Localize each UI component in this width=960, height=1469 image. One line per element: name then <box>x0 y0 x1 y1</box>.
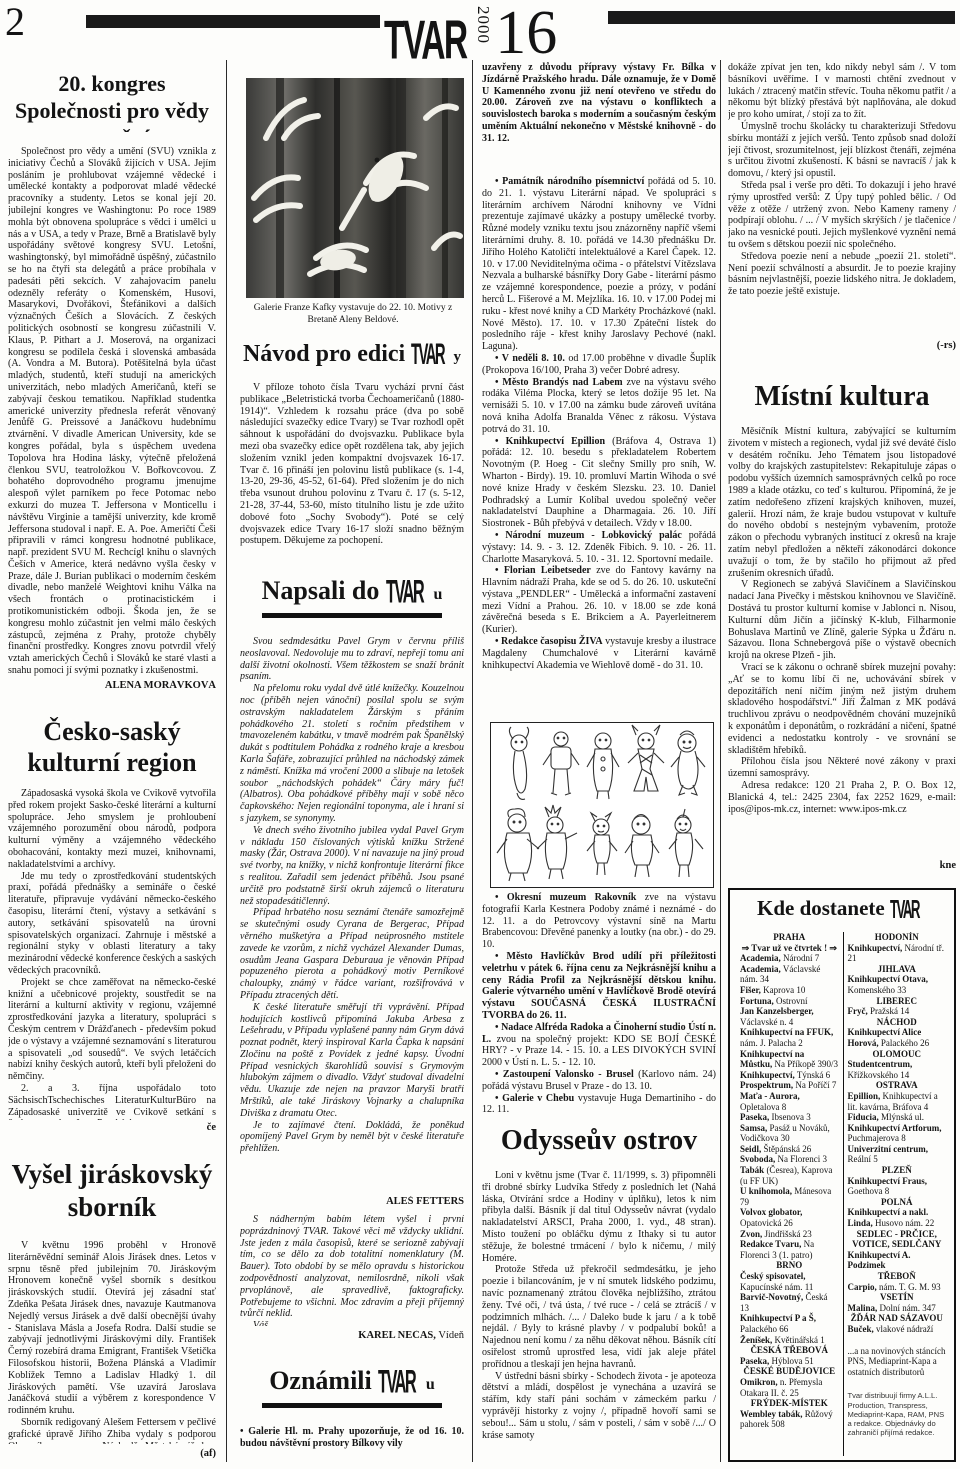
announcement-item: • Město Havlíčkův Brod udílí při příleži… <box>482 951 716 1022</box>
seller-item: Tvar distribuují firmy A.L.L. Production… <box>848 1391 947 1437</box>
announcement-item: • Knihkupectví Epillion (Bráfova 4, Ostr… <box>482 436 716 530</box>
announcement-item: • V neděli 8. 10. od 17.00 proběhne v di… <box>482 353 716 377</box>
seller-item: Epillion, Knihkupectví a lit. kavárna, B… <box>848 1091 947 1112</box>
seller-item: Volvox globator, Opatovická 26 <box>740 1207 839 1228</box>
seller-item: Knihkupectví A. Podzimek <box>848 1250 947 1271</box>
napsali-title-text: Napsali do <box>262 576 386 605</box>
city-heading: PRAHA <box>740 932 839 943</box>
paragraph: V Regionech se zabývá Slavičínem a Slavi… <box>728 579 956 662</box>
oznamili-title-wrap: Oznámili TVARu <box>236 1366 468 1410</box>
announcement-item: • Florian Leibetseder zve do Fantovy kav… <box>482 565 716 636</box>
seller-item: Omikron, n. Přemysla Otakara II. č. 25 <box>740 1377 839 1398</box>
seller-item: Knihkupectví Alice Horová, Palackého 26 <box>848 1027 947 1048</box>
header-rule-right <box>608 11 955 24</box>
seller-item: Knihkupectví a nakl. Linda, Husovo nám. … <box>848 1207 947 1228</box>
article-svu-signature: ALENA MORÁVKOVÁ <box>8 680 216 694</box>
city-heading: PLZEŇ <box>848 1165 947 1176</box>
odysseus-signature: (-rs) <box>728 340 956 354</box>
seller-item: Jan Kanzelsberger, Václavské n. 4 <box>740 1006 839 1027</box>
announcement-item: • Památník národního písemnictví pořádá … <box>482 176 716 353</box>
seller-item: Studentcentrum, Křížkovského 14 <box>848 1059 947 1080</box>
masthead-year: 2000 <box>473 6 493 58</box>
masthead-logo: TVAR 2000 16 <box>384 4 557 62</box>
announcement-item: • Okresní muzeum Rakovník zve na výstavu… <box>482 892 716 951</box>
seller-item: Knihkupectví na FFUK, nám. J. Palacha 2 <box>740 1027 839 1048</box>
announcement-item: • Národní muzeum - Lobkovický palác pořá… <box>482 530 716 565</box>
paragraph: Středova poezie není a nebude „poezií 21… <box>728 251 956 298</box>
napsali-signature-2: KAREL NEČAS, Vídeň <box>240 1330 464 1344</box>
seller-item: Seidl, Štěpánská 26 <box>740 1144 839 1155</box>
tvar-logo: TVAR <box>378 1366 415 1406</box>
oznamili-continuation: uzavřeny z důvodu přípravy výstavy Fr. B… <box>482 62 716 174</box>
paragraph: Protože Středa už překročil sedmdesátku,… <box>482 1264 716 1370</box>
puppets-drawing <box>491 723 711 885</box>
article-jirasek-body: V květnu 1996 proběhl v Hronově literárn… <box>8 1240 216 1444</box>
odysseus-body: Loni v květnu jsme (Tvar č. 11/1999, s. … <box>482 1170 716 1462</box>
paragraph: Projekt se chce zaměřovat na německo-čes… <box>8 977 216 1083</box>
odysseus-title: Odysseův ostrov <box>482 1124 716 1158</box>
newspaper-page: 2 TVAR 2000 16 20. kongres Společnosti p… <box>0 0 960 1469</box>
city-heading: ŽĎÁR NAD SÁZAVOU <box>848 1313 947 1324</box>
seller-item: Knihkupectví Otava, Komenského 33 <box>848 974 947 995</box>
paragraph: V ústřední básni sbírky - Schodech život… <box>482 1371 716 1442</box>
city-heading: VSETÍN <box>848 1292 947 1303</box>
seller-item: Carpio, nám. T. G. M. 93 <box>848 1282 947 1293</box>
city-heading: ČESKÁ TŘEBOVÁ <box>740 1345 839 1356</box>
puppets-illustration <box>490 722 714 888</box>
city-heading: ČESKÉ BUDĚJOVICE <box>740 1366 839 1377</box>
napsali-signature-1: ALEŠ FETTERS <box>240 1196 464 1210</box>
paragraph: Sborník redigovaný Alešem Fettersem v pe… <box>8 1417 216 1444</box>
paragraph: Středa psal i verše pro děti. To dokazuj… <box>728 180 956 251</box>
seller-item: ⇒ Tvar už ve čtvrtek ! ⇒ <box>740 943 839 954</box>
seller-item: Barvič-Novotný, Česká 13 <box>740 1292 839 1313</box>
seller-item: Paseka, Hýblova 51 <box>740 1356 839 1367</box>
seller-item: Fiducia, Mlýnská ul. <box>848 1112 947 1123</box>
mistni-body: Měsíčník Místní kultura, zabývající se k… <box>728 426 956 856</box>
mistni-title: Místní kultura <box>728 380 956 414</box>
seller-item: Tabák (Česrea), Kaprova (u FF UK) <box>740 1165 839 1186</box>
odysseus-title-wrap: Odysseův ostrov <box>482 1124 716 1162</box>
paragraph: Západosaská vysoká škola ve Cvikově vytv… <box>8 788 216 871</box>
tvar-logo: TVAR <box>386 576 423 616</box>
seller-item: Knihkupectví Artforum, Puchmajerova 8 <box>848 1123 947 1144</box>
page-number: 2 <box>5 0 25 44</box>
seller-item: Knihkupectví na Můstku, Na Příkopě 390/3 <box>740 1049 839 1070</box>
paragraph: Úmyslně trochu školácky tu charakterizuj… <box>728 121 956 180</box>
kafka-gallery-painting <box>246 78 464 298</box>
column-rule-1 <box>226 60 227 1462</box>
city-heading: OSTRAVA <box>848 1080 947 1091</box>
paragraph: Měsíčník Místní kultura, zabývající se k… <box>728 426 956 579</box>
column-rule-3 <box>720 60 721 1462</box>
painting-caption: Galerie Franze Kafky vystavuje do 22. 10… <box>240 302 466 330</box>
paragraph: Ve dnech svého životního jubilea vydal P… <box>240 825 464 908</box>
paragraph: S nádherným babím létem vyšel i první po… <box>240 1214 464 1320</box>
letter-author: KAREL NEČAS, <box>358 1330 436 1341</box>
seller-item: Ženíšek, Květinářská 1 <box>740 1335 839 1346</box>
oznamili-title-rule <box>262 1403 443 1408</box>
seller-item: Fišer, Kaprova 10 <box>740 985 839 996</box>
seller-item: Academia, Národní 7 <box>740 953 839 964</box>
paragraph: Loni v květnu jsme (Tvar č. 11/1999, s. … <box>482 1170 716 1264</box>
navod-body: V příloze tohoto čísla Tvaru vychází prv… <box>240 382 464 562</box>
paragraph: Na přelomu roku vydal dvě útlé knížečky.… <box>240 683 464 825</box>
napsali-title-wrap: Napsali do TVARu <box>236 576 468 620</box>
article-saxony-title: Česko-saský kulturní region <box>8 716 216 778</box>
paragraph: Je to zajímavé čtení. Dokládá, že poněku… <box>240 1120 464 1155</box>
paragraph: V květnu 1996 proběhl v Hronově literárn… <box>8 1240 216 1417</box>
article-jirasek-title-wrap: Vyšel jiráskovský sborník <box>8 1158 216 1228</box>
paragraph: Váš <box>240 1320 464 1326</box>
seller-item: Svoboda, Na Florenci 3 <box>740 1154 839 1165</box>
paragraph: Vrací se k zákonu o ochraně sbírek muzej… <box>728 662 956 756</box>
paragraph: Případ hrbatého nosu seznámí čtenáře sam… <box>240 907 464 1001</box>
paragraph: Jde mu tedy o zprostředkování studentský… <box>8 871 216 977</box>
seller-item: Paseka, Ibsenova 3 <box>740 1112 839 1123</box>
paragraph: K české literatuře směřují tři vyprávění… <box>240 1002 464 1120</box>
seller-item: Zvon, Jindřišská 23 <box>740 1229 839 1240</box>
where-to-buy-title: Kde dostanete TVAR <box>730 896 954 922</box>
city-heading: FRÝDEK-MÍSTEK <box>740 1398 839 1409</box>
seller-item: U knihomola, Mánesova 79 <box>740 1186 839 1207</box>
article-jirasek-title: Vyšel jiráskovský sborník <box>8 1158 216 1224</box>
seller-item: Univerzitní centrum, Reální 5 <box>848 1144 947 1165</box>
navod-title-suffix: y <box>454 349 462 365</box>
where-to-buy-title-text: Kde dostanete <box>757 896 890 920</box>
announcements-list-2: • Okresní muzeum Rakovník zve na výstavu… <box>482 892 716 1116</box>
seller-item: ...a na novinových stáncích PNS, Mediapr… <box>848 1346 947 1378</box>
tvar-logo: TVAR <box>384 4 467 77</box>
seller-item: Český spisovatel, Kapucínské nám. 11 <box>740 1271 839 1292</box>
announcement-item: • Nadace Alfréda Radoka a Činoherní stud… <box>482 1022 716 1069</box>
city-heading: POLNÁ <box>848 1197 947 1208</box>
announcement-item: • Zastoupení Valonsko - Brusel (Karlovo … <box>482 1069 716 1093</box>
where-to-buy-column-right: HODONÍNKnihkupectví, Národní tř. 21JIHLA… <box>844 932 951 1456</box>
paragraph: Adresa redakce: 120 21 Praha 2, P. O. Bo… <box>728 780 956 815</box>
oznamili-title-suffix: u <box>426 1376 435 1393</box>
announcement-item: • Redakce časopisu ŽIVA vystavuje kresby… <box>482 636 716 671</box>
where-to-buy-columns: PRAHA⇒ Tvar už ve čtvrtek ! ⇒Academia, N… <box>736 932 950 1456</box>
mistni-title-wrap: Místní kultura <box>728 380 956 418</box>
seller-item: Maťa - Aurora, Opletalova 8 <box>740 1091 839 1112</box>
city-heading: SEDLEC - PRČICE, VOTICE, SEDLČANY <box>848 1229 947 1250</box>
napsali-title-suffix: u <box>433 586 442 603</box>
oznamili-title-text: Oznámili <box>269 1366 378 1395</box>
navod-title-text: Návod pro edici <box>243 341 411 367</box>
seller-item: Samsa, Pasáž u Nováků, Vodičkova 30 <box>740 1123 839 1144</box>
oznamili-intro: • Galerie Hl. m. Prahy upozorňuje, že od… <box>240 1426 464 1462</box>
odysseus-continuation: dokáže zpívat jen ten, kdo nikdy nebyl s… <box>728 62 956 336</box>
birds-painting-image <box>246 78 464 298</box>
seller-item: Wembley tabák, Růžový pahorek 508 <box>740 1409 839 1430</box>
paragraph: Svou sedmdesátku Pavel Grym v červnu pří… <box>240 636 464 683</box>
where-to-buy-column-left: PRAHA⇒ Tvar už ve čtvrtek ! ⇒Academia, N… <box>736 932 844 1456</box>
seller-item: Knihkupectví, Národní tř. 21 <box>848 943 947 964</box>
announcement-item: • Město Brandýs nad Labem zve na výstavu… <box>482 377 716 436</box>
seller-item: Knihkupectví P a Š, Palackého 66 <box>740 1313 839 1334</box>
masthead-issue-number: 16 <box>495 4 557 62</box>
announcements-list-1: • Památník národního písemnictví pořádá … <box>482 176 716 718</box>
paragraph: dokáže zpívat jen ten, kdo nikdy nebyl s… <box>728 62 956 121</box>
article-saxony-body: Západosaská vysoká škola ve Cvikově vytv… <box>8 788 216 1120</box>
city-heading: TŘEBOŇ <box>848 1271 947 1282</box>
mistni-signature: kne <box>728 860 956 874</box>
letter-author-city: Vídeň <box>436 1330 464 1341</box>
napsali-letter-1: Svou sedmdesátku Pavel Grym v červnu pří… <box>240 636 464 1196</box>
seller-item: Fryč, Pražská 14 <box>848 1006 947 1017</box>
city-heading: BRNO <box>740 1260 839 1271</box>
city-heading: HODONÍN <box>848 932 947 943</box>
paragraph: V příloze tohoto čísla Tvaru vychází prv… <box>240 382 464 547</box>
seller-item: Buček, vlakové nádraží <box>848 1324 947 1335</box>
city-heading: JIHLAVA <box>848 964 947 975</box>
seller-item: Malina, Dolní nám. 347 <box>848 1303 947 1314</box>
article-svu-title-wrap: 20. kongres Společnosti pro vědy a umění <box>8 70 216 132</box>
paragraph: Přílohou čísla jsou Některé nové zákony … <box>728 756 956 780</box>
city-heading: LIBEREC <box>848 996 947 1007</box>
seller-item: Knihkupectví Fraus, Goethova 8 <box>848 1176 947 1197</box>
city-heading: OLOMOUC <box>848 1049 947 1060</box>
article-jirasek-signature: (af) <box>8 1448 216 1462</box>
article-saxony-signature: če <box>8 1122 216 1136</box>
article-svu-title: 20. kongres Společnosti pro vědy a umění <box>8 70 216 132</box>
city-heading: NÁCHOD <box>848 1017 947 1028</box>
napsali-letter-2: S nádherným babím létem vyšel i první po… <box>240 1214 464 1326</box>
seller-item: Redakce Tvaru, Na Florenci 3 (1. patro) <box>740 1239 839 1260</box>
where-to-buy-box: Kde dostanete TVAR PRAHA⇒ Tvar už ve čtv… <box>728 888 956 1462</box>
seller-item: Fortuna, Ostrovní <box>740 996 839 1007</box>
paragraph: Společnost pro vědy a umění (SVU) vznikl… <box>8 146 216 677</box>
seller-item: Knihkupectví, Týnská 6 <box>740 1070 839 1081</box>
announcement-item: • Galerie v Chebu vystavuje Huga Demarti… <box>482 1093 716 1116</box>
navod-title-wrap: Návod pro edici TVARy <box>236 338 468 374</box>
seller-item: Academia, Václavské nám. 34 <box>740 964 839 985</box>
article-saxony-title-wrap: Česko-saský kulturní region <box>8 716 216 782</box>
tvar-logo: TVAR <box>890 891 919 928</box>
header-rule-left <box>86 15 380 28</box>
paragraph: 2. a 3. října uspořádalo toto SächsischT… <box>8 1083 216 1120</box>
seller-item: Prospektrum, Na Poříčí 7 <box>740 1080 839 1091</box>
column-rule-2 <box>472 60 473 1462</box>
article-svu-body: Společnost pro vědy a umění (SVU) vznikl… <box>8 146 216 678</box>
tvar-logo: TVAR <box>411 338 444 374</box>
